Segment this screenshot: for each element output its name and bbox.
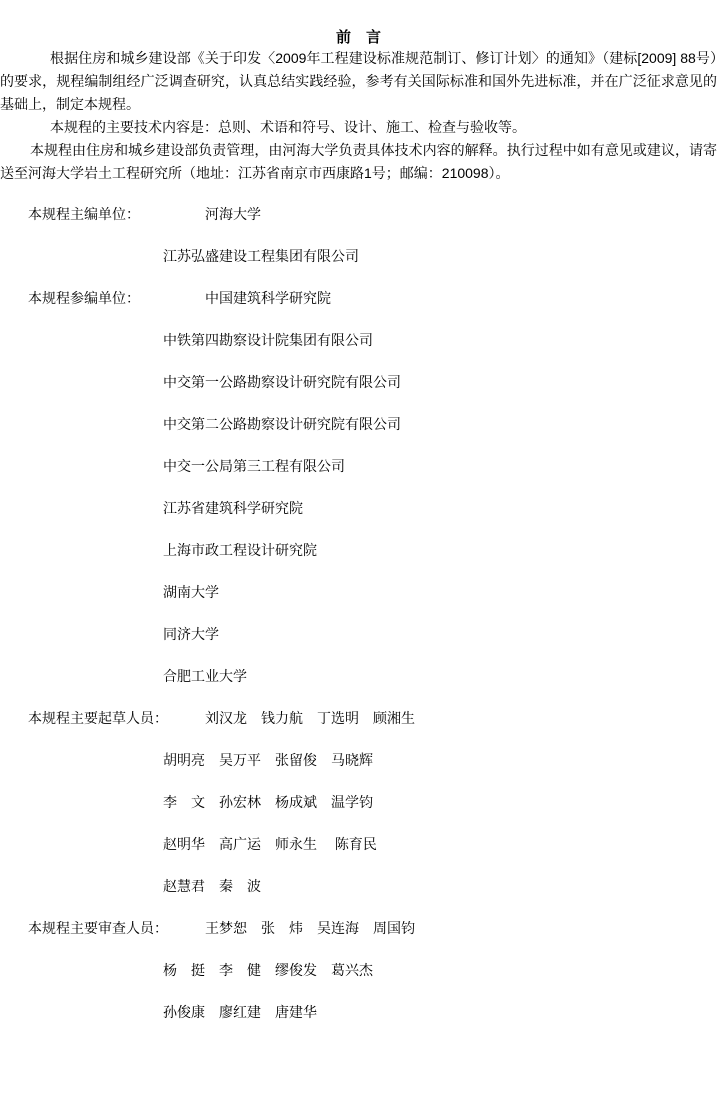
editor-sections: 本规程主编单位：河海大学江苏弘盛建设工程集团有限公司本规程参编单位：中国建筑科学…	[0, 204, 717, 1044]
section-item: 上海市政工程设计研究院	[163, 540, 317, 560]
section-row: 孙俊康 廖红建 唐建华	[0, 1002, 717, 1044]
section-item: 杨 挺 李 健 缪俊发 葛兴杰	[163, 960, 373, 980]
section-row: 同济大学	[0, 624, 717, 666]
section-row: 杨 挺 李 健 缪俊发 葛兴杰	[0, 960, 717, 1002]
section-row: 中交第一公路勘察设计研究院有限公司	[0, 372, 717, 414]
section-row: 上海市政工程设计研究院	[0, 540, 717, 582]
section-row: 胡明亮 吴万平 张留俊 马晓辉	[0, 750, 717, 792]
section-label: 本规程主要审查人员：	[28, 918, 168, 938]
page-title: 前 言	[0, 28, 717, 47]
preface-paragraph-management: 本规程由住房和城乡建设部负责管理，由河海大学负责具体技术内容的解释。执行过程中如…	[0, 139, 717, 185]
section-item: 江苏弘盛建设工程集团有限公司	[163, 246, 359, 266]
section-item: 合肥工业大学	[163, 666, 247, 686]
section-item: 刘汉龙 钱力航 丁选明 顾湘生	[205, 708, 415, 728]
section-row: 本规程主要起草人员：刘汉龙 钱力航 丁选明 顾湘生	[0, 708, 717, 750]
section-item: 胡明亮 吴万平 张留俊 马晓辉	[163, 750, 373, 770]
section-row: 合肥工业大学	[0, 666, 717, 708]
section-item: 中交第一公路勘察设计研究院有限公司	[163, 372, 401, 392]
section-item: 赵明华 高广运 师永生 陈育民	[163, 834, 377, 854]
section-label: 本规程主要起草人员：	[28, 708, 168, 728]
section-row: 湖南大学	[0, 582, 717, 624]
section-row: 本规程参编单位：中国建筑科学研究院	[0, 288, 717, 330]
section-item: 中铁第四勘察设计院集团有限公司	[163, 330, 373, 350]
section-row: 江苏弘盛建设工程集团有限公司	[0, 246, 717, 288]
section-item: 王梦恕 张 炜 吴连海 周国钧	[205, 918, 415, 938]
section-row: 江苏省建筑科学研究院	[0, 498, 717, 540]
section-item: 孙俊康 廖红建 唐建华	[163, 1002, 317, 1022]
section-item: 中交一公局第三工程有限公司	[163, 456, 345, 476]
section-item: 河海大学	[205, 204, 261, 224]
section-item: 李 文 孙宏林 杨成斌 温学钧	[163, 792, 373, 812]
section-item: 湖南大学	[163, 582, 219, 602]
section-row: 赵慧君 秦 波	[0, 876, 717, 918]
section-row: 本规程主编单位：河海大学	[0, 204, 717, 246]
section-row: 赵明华 高广运 师永生 陈育民	[0, 834, 717, 876]
section-item: 中国建筑科学研究院	[205, 288, 331, 308]
section-item: 江苏省建筑科学研究院	[163, 498, 303, 518]
section-row: 中交一公局第三工程有限公司	[0, 456, 717, 498]
section-row: 中交第二公路勘察设计研究院有限公司	[0, 414, 717, 456]
section-row: 本规程主要审查人员：王梦恕 张 炜 吴连海 周国钧	[0, 918, 717, 960]
section-item: 赵慧君 秦 波	[163, 876, 261, 896]
preface-paragraph-contents: 本规程的主要技术内容是：总则、术语和符号、设计、施工、检查与验收等。	[0, 116, 717, 139]
preface-paragraph-basis: 根据住房和城乡建设部《关于印发〈2009年工程建设标准规范制订、修订计划〉的通知…	[0, 47, 717, 116]
section-item: 同济大学	[163, 624, 219, 644]
document-page: 前 言 根据住房和城乡建设部《关于印发〈2009年工程建设标准规范制订、修订计划…	[0, 0, 717, 1101]
section-label: 本规程参编单位：	[28, 288, 140, 308]
section-item: 中交第二公路勘察设计研究院有限公司	[163, 414, 401, 434]
section-row: 中铁第四勘察设计院集团有限公司	[0, 330, 717, 372]
section-row: 李 文 孙宏林 杨成斌 温学钧	[0, 792, 717, 834]
section-label: 本规程主编单位：	[28, 204, 140, 224]
